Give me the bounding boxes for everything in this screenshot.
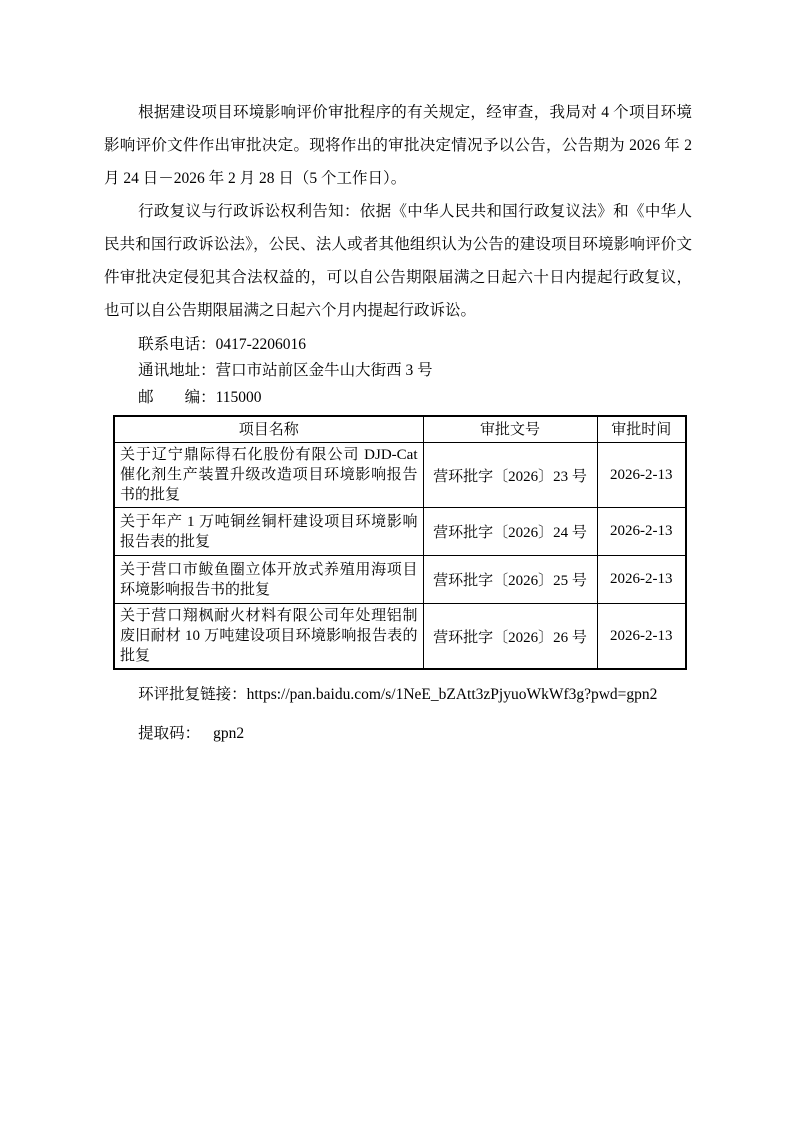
phone-value: 0417-2206016 <box>216 336 306 353</box>
document-page: 根据建设项目环境影响评价审批程序的有关规定，经审查，我局对 4 个项目环境影响评… <box>0 0 793 1122</box>
approval-date-cell: 2026-2-13 <box>597 508 686 556</box>
approval-table: 项目名称 审批文号 审批时间 关于辽宁鼎际得石化股份有限公司 DJD-Cat 催… <box>113 415 687 670</box>
baidu-pan-link[interactable]: https://pan.baidu.com/s/1NeE_bZAtt3zPjyu… <box>247 686 658 703</box>
project-name-cell: 关于年产 1 万吨铜丝铜杆建设项目环境影响报告表的批复 <box>114 508 423 556</box>
header-approval-date: 审批时间 <box>597 416 686 443</box>
code-value: gpn2 <box>213 725 244 742</box>
code-label: 提取码： <box>138 725 200 742</box>
doc-number-cell: 营环批字〔2026〕24 号 <box>423 508 597 556</box>
project-name-cell: 关于营口市鲅鱼圈立体开放式养殖用海项目环境影响报告书的批复 <box>114 556 423 604</box>
table-header-row: 项目名称 审批文号 审批时间 <box>114 416 686 443</box>
header-project-name: 项目名称 <box>114 416 423 443</box>
approval-date-cell: 2026-2-13 <box>597 556 686 604</box>
address-line: 通讯地址：营口市站前区金牛山大街西 3 号 <box>104 358 692 384</box>
extraction-code-line: 提取码：gpn2 <box>104 723 692 745</box>
table-row: 关于营口市鲅鱼圈立体开放式养殖用海项目环境影响报告书的批复 营环批字〔2026〕… <box>114 556 686 604</box>
doc-number-cell: 营环批字〔2026〕25 号 <box>423 556 597 604</box>
doc-number-cell: 营环批字〔2026〕23 号 <box>423 443 597 508</box>
doc-number-cell: 营环批字〔2026〕26 号 <box>423 604 597 670</box>
rights-notice-paragraph: 行政复议与行政诉讼权利告知：依据《中华人民共和国行政复议法》和《中华人民共和国行… <box>104 195 692 327</box>
postcode-value: 115000 <box>216 389 262 406</box>
contact-block: 联系电话：0417-2206016 通讯地址：营口市站前区金牛山大街西 3 号 … <box>104 332 692 412</box>
table-row: 关于年产 1 万吨铜丝铜杆建设项目环境影响报告表的批复 营环批字〔2026〕24… <box>114 508 686 556</box>
phone-label: 联系电话： <box>138 336 216 353</box>
header-doc-number: 审批文号 <box>423 416 597 443</box>
intro-paragraph: 根据建设项目环境影响评价审批程序的有关规定，经审查，我局对 4 个项目环境影响评… <box>104 96 692 195</box>
postcode-line: 邮 编：115000 <box>104 384 692 412</box>
approval-date-cell: 2026-2-13 <box>597 604 686 670</box>
address-value: 营口市站前区金牛山大街西 3 号 <box>216 362 433 379</box>
eia-reply-link-line: 环评批复链接：https://pan.baidu.com/s/1NeE_bZAt… <box>104 684 692 706</box>
phone-line: 联系电话：0417-2206016 <box>104 332 692 358</box>
table-row: 关于辽宁鼎际得石化股份有限公司 DJD-Cat 催化剂生产装置升级改造项目环境影… <box>114 443 686 508</box>
document-content: 根据建设项目环境影响评价审批程序的有关规定，经审查，我局对 4 个项目环境影响评… <box>104 96 692 745</box>
address-label: 通讯地址： <box>138 362 216 379</box>
approval-date-cell: 2026-2-13 <box>597 443 686 508</box>
project-name-cell: 关于营口翔枫耐火材料有限公司年处理铝制废旧耐材 10 万吨建设项目环境影响报告表… <box>114 604 423 670</box>
table-row: 关于营口翔枫耐火材料有限公司年处理铝制废旧耐材 10 万吨建设项目环境影响报告表… <box>114 604 686 670</box>
project-name-cell: 关于辽宁鼎际得石化股份有限公司 DJD-Cat 催化剂生产装置升级改造项目环境影… <box>114 443 423 508</box>
postcode-label: 邮 编： <box>138 389 216 406</box>
link-label: 环评批复链接： <box>138 686 247 703</box>
